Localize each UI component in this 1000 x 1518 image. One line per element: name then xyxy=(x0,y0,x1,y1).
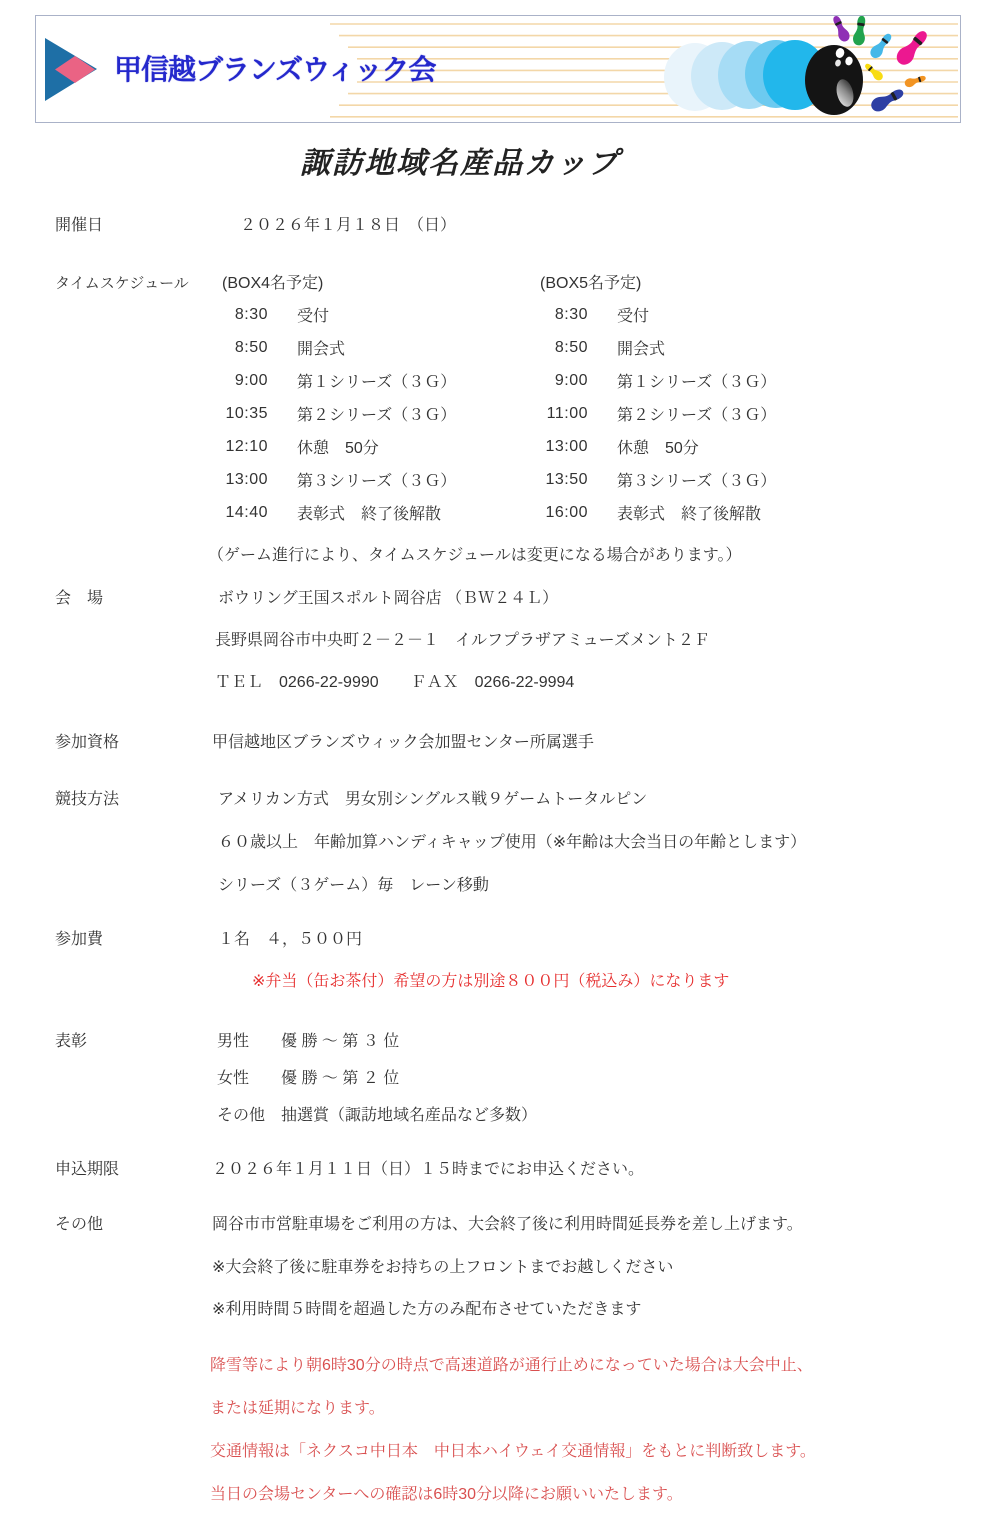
schedule-row: 8:30受付 xyxy=(215,298,456,331)
schedule-time: 12:10 xyxy=(215,438,268,456)
header-banner: 甲信越ブランズウィック会 xyxy=(35,15,961,123)
schedule-row: 13:00第３シリーズ（３Ｇ） xyxy=(215,463,456,496)
schedule-event: 休憩 50分 xyxy=(297,435,379,458)
section-label-venue: 会 場 xyxy=(55,589,103,609)
section-label-format: 競技方法 xyxy=(55,790,119,810)
section-label-eligibility: 参加資格 xyxy=(55,733,119,753)
schedule-time: 8:50 xyxy=(215,339,268,357)
schedule-row: 8:30受付 xyxy=(535,298,776,331)
awards-line: その他 抽選賞（諏訪地域名産品など多数） xyxy=(217,1106,537,1126)
format-line: シリーズ（３ゲーム）毎 レーン移動 xyxy=(218,876,489,896)
schedule-time: 10:35 xyxy=(215,405,268,423)
weather-warning-line: 交通情報は「ネクスコ中日本 中日本ハイウェイ交通情報」をもとに判断致します。 xyxy=(210,1442,816,1462)
fee-value: １名 ４，５００円 xyxy=(218,930,362,950)
schedule-row: 8:50開会式 xyxy=(215,331,456,364)
schedule-time: 16:00 xyxy=(535,504,588,522)
schedule-time: 8:50 xyxy=(535,339,588,357)
schedule-time: 13:00 xyxy=(215,471,268,489)
schedule-time: 11:00 xyxy=(535,405,588,423)
bowling-ball-icon xyxy=(805,45,863,115)
logo-mark-icon xyxy=(45,38,97,101)
date-value: ２０２６年１月１８日 （日） xyxy=(240,216,456,236)
schedule-row: 9:00第１シリーズ（３Ｇ） xyxy=(215,364,456,397)
schedule-row: 9:00第１シリーズ（３Ｇ） xyxy=(535,364,776,397)
fee-note: ※弁当（缶お茶付）希望の方は別途８００円（税込み）になります xyxy=(252,972,729,992)
schedule-note: （ゲーム進行により、タイムスケジュールは変更になる場合があります。） xyxy=(208,546,741,566)
schedule-row: 12:10休憩 50分 xyxy=(215,430,456,463)
format-line: ６０歳以上 年齢加算ハンディキャップ使用（※年齢は大会当日の年齢とします） xyxy=(218,833,806,853)
weather-warning-line: 当日の会場センターへの確認は6時30分以降にお願いいたします。 xyxy=(210,1485,683,1505)
schedule-row: 10:35第２シリーズ（３Ｇ） xyxy=(215,397,456,430)
eligibility-value: 甲信越地区ブランズウィック会加盟センター所属選手 xyxy=(212,733,594,753)
other-line: ※大会終了後に駐車券をお持ちの上フロントまでお越しください xyxy=(212,1258,673,1278)
venue-tel-fax: ＴＥＬ 0266-22-9990 ＦＡＸ 0266-22-9994 xyxy=(215,673,574,693)
section-label-schedule: タイムスケジュール xyxy=(55,274,189,294)
schedule-event: 第２シリーズ（３Ｇ） xyxy=(297,402,456,425)
weather-warning-line: 降雪等により朝6時30分の時点で高速道路が通行止めになっていた場合は大会中止、 xyxy=(210,1356,813,1376)
schedule-row: 11:00第２シリーズ（３Ｇ） xyxy=(535,397,776,430)
schedule-event: 表彰式 終了後解散 xyxy=(617,501,761,524)
schedule-event: 第３シリーズ（３Ｇ） xyxy=(297,468,456,491)
section-label-deadline: 申込期限 xyxy=(55,1160,119,1180)
schedule-box4-column: 8:30受付 8:50開会式 9:00第１シリーズ（３Ｇ） 10:35第２シリー… xyxy=(215,298,456,529)
section-label-date: 開催日 xyxy=(55,216,103,236)
other-line: 岡谷市市営駐車場をご利用の方は、大会終了後に利用時間延長券を差し上げます。 xyxy=(212,1215,803,1235)
awards-line: 男性 優 勝 ～ 第 ３ 位 xyxy=(217,1032,399,1052)
schedule-event: 受付 xyxy=(617,303,649,326)
schedule-time: 8:30 xyxy=(215,306,268,324)
schedule-time: 9:00 xyxy=(535,372,588,390)
schedule-box4-header: (BOX4名予定) xyxy=(222,274,323,294)
org-name: 甲信越ブランズウィック会 xyxy=(114,48,435,88)
schedule-row: 13:50第３シリーズ（３Ｇ） xyxy=(535,463,776,496)
schedule-box5-column: 8:30受付 8:50開会式 9:00第１シリーズ（３Ｇ） 11:00第２シリー… xyxy=(535,298,776,529)
page-title: 諏訪地域名産品カップ xyxy=(0,138,920,182)
other-line: ※利用時間５時間を超過した方のみ配布させていただきます xyxy=(212,1300,641,1320)
schedule-time: 14:40 xyxy=(215,504,268,522)
section-label-awards: 表彰 xyxy=(55,1032,87,1052)
schedule-event: 開会式 xyxy=(297,336,345,359)
awards-line: 女性 優 勝 ～ 第 ２ 位 xyxy=(217,1069,399,1089)
schedule-event: 第２シリーズ（３Ｇ） xyxy=(617,402,776,425)
schedule-row: 13:00休憩 50分 xyxy=(535,430,776,463)
schedule-event: 表彰式 終了後解散 xyxy=(297,501,441,524)
weather-warning-line: または延期になります。 xyxy=(210,1399,385,1419)
motion-trail xyxy=(664,40,827,111)
schedule-time: 9:00 xyxy=(215,372,268,390)
format-line: アメリカン方式 男女別シングルス戦９ゲームトータルピン xyxy=(218,790,647,810)
section-label-other: その他 xyxy=(55,1215,103,1235)
deadline-value: ２０２６年１月１１日（日）１５時までにお申込ください。 xyxy=(212,1160,644,1180)
section-label-fee: 参加費 xyxy=(55,930,103,950)
tournament-flyer: 甲信越ブランズウィック会 諏訪地域名産品カップ 開催日 ２０２６年１月１８日 （… xyxy=(0,0,1000,1518)
schedule-event: 受付 xyxy=(297,303,329,326)
schedule-row: 14:40表彰式 終了後解散 xyxy=(215,496,456,529)
schedule-event: 開会式 xyxy=(617,336,665,359)
venue-address: 長野県岡谷市中央町２－２－１ イルフプラザアミューズメント２Ｆ xyxy=(215,631,710,651)
schedule-event: 第１シリーズ（３Ｇ） xyxy=(617,369,776,392)
schedule-event: 休憩 50分 xyxy=(617,435,699,458)
schedule-event: 第１シリーズ（３Ｇ） xyxy=(297,369,456,392)
venue-name: ボウリング王国スポルト岡谷店 （ＢＷ２４Ｌ） xyxy=(218,589,558,609)
schedule-row: 8:50開会式 xyxy=(535,331,776,364)
schedule-box5-header: (BOX5名予定) xyxy=(540,274,641,294)
schedule-row: 16:00表彰式 終了後解散 xyxy=(535,496,776,529)
schedule-event: 第３シリーズ（３Ｇ） xyxy=(617,468,776,491)
schedule-time: 8:30 xyxy=(535,306,588,324)
schedule-time: 13:00 xyxy=(535,438,588,456)
schedule-time: 13:50 xyxy=(535,471,588,489)
